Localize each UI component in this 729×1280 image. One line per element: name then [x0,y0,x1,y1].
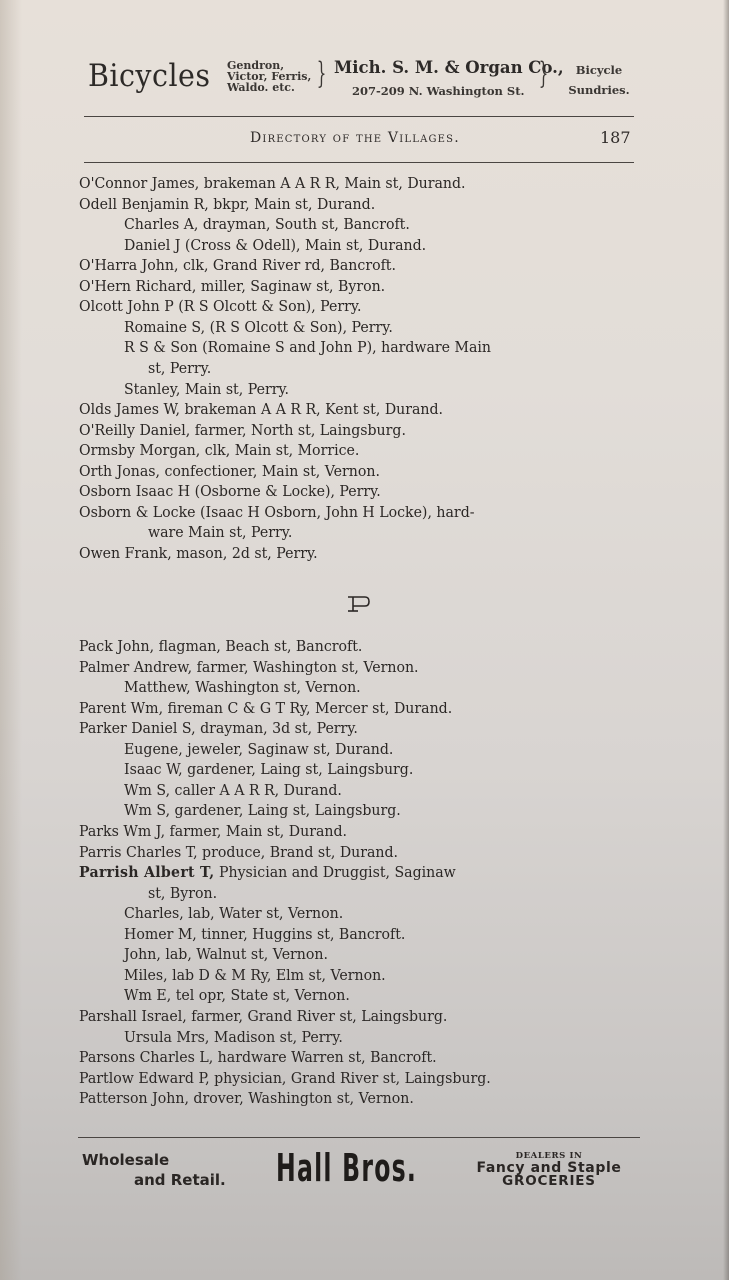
directory-entry: O'Harra John, clk, Grand River rd, Bancr… [79,256,396,274]
sub-entry: Wm S, gardener, Laing st, Laingsburg. [124,801,401,819]
entry-text: Wm S, caller A A R R, Durand. [124,781,342,799]
entry-text: Matthew, Washington st, Vernon. [124,678,361,696]
footer-rule [78,1137,640,1138]
entry-text: Ursula Mrs, Madison st, Perry. [124,1028,343,1046]
directory-entry: Olds James W, brakeman A A R R, Kent st,… [79,400,443,418]
entry-text: O'Connor James, brakeman A A R R, Main s… [79,174,466,192]
page-title: Directory of the Villages. [250,130,460,146]
ad-bicycle-makes: Gendron, Victor, Ferris, Waldo. etc. [227,60,311,93]
directory-entry: Osborn & Locke (Isaac H Osborn, John H L… [79,503,475,521]
directory-entry: O'Hern Richard, miller, Saginaw st, Byro… [79,277,385,295]
entry-text: Odell Benjamin R, bkpr, Main st, Durand. [79,195,375,213]
entry-text: Parks Wm J, farmer, Main st, Durand. [79,822,347,840]
ad-side-line: Sundries. [554,80,644,100]
entry-continuation: ware Main st, Perry. [148,523,292,541]
entry-text: Orth Jonas, confectioner, Main st, Verno… [79,462,380,480]
entry-text: Patterson John, drover, Washington st, V… [79,1089,414,1107]
directory-entry: Partlow Edward P, physician, Grand River… [79,1069,491,1087]
entry-text: Pack John, flagman, Beach st, Bancroft. [79,637,362,655]
entry-text: Parker Daniel S, drayman, 3d st, Perry. [79,719,358,737]
entry-text: Miles, lab D & M Ry, Elm st, Vernon. [124,966,386,984]
ad-wholesale-retail: Wholesale and Retail. [82,1150,226,1190]
directory-entry: Patterson John, drover, Washington st, V… [79,1089,414,1107]
brace-right-icon: } [539,59,549,89]
entry-text: Parshall Israel, farmer, Grand River st,… [79,1007,447,1025]
entry-text: Partlow Edward P, physician, Grand River… [79,1069,491,1087]
entry-text: st, Perry. [148,359,211,377]
sub-entry: Eugene, jeweler, Saginaw st, Durand. [124,740,393,758]
entry-text: Parris Charles T, produce, Brand st, Dur… [79,843,398,861]
sub-entry: Matthew, Washington st, Vernon. [124,678,361,696]
directory-entry: Pack John, flagman, Beach st, Bancroft. [79,637,362,655]
sub-entry: Daniel J (Cross & Odell), Main st, Duran… [124,236,426,254]
directory-entry: Osborn Isaac H (Osborne & Locke), Perry. [79,482,381,500]
ad-wholesale: Wholesale [82,1151,169,1169]
sub-entry: Romaine S, (R S Olcott & Son), Perry. [124,318,393,336]
ad-company-address: 207-209 N. Washington St. [352,84,525,98]
entry-text: John, lab, Walnut st, Vernon. [124,945,328,963]
sub-entry: John, lab, Walnut st, Vernon. [124,945,328,963]
directory-entry: Parks Wm J, farmer, Main st, Durand. [79,822,347,840]
footer-advertisement: Wholesale and Retail. Hall Bros. DEALERS… [80,1143,640,1203]
entry-text: ware Main st, Perry. [148,523,292,541]
entry-continuation: st, Perry. [148,359,211,377]
entry-text: R S & Son (Romaine S and John P), hardwa… [124,338,491,356]
entry-text: Homer M, tinner, Huggins st, Bancroft. [124,925,405,943]
entry-text: Olds James W, brakeman A A R R, Kent st,… [79,400,443,418]
directory-entry: Parrish Albert T, Physician and Druggist… [79,863,456,881]
sub-entry: Isaac W, gardener, Laing st, Laingsburg. [124,760,413,778]
entry-text: O'Harra John, clk, Grand River rd, Bancr… [79,256,396,274]
ad-make-line: Waldo. etc. [227,82,311,93]
ad-brand-bicycles: Bicycles [88,58,210,94]
directory-entry: Owen Frank, mason, 2d st, Perry. [79,544,318,562]
entry-text: Ormsby Morgan, clk, Main st, Morrice. [79,441,359,459]
entry-text: Eugene, jeweler, Saginaw st, Durand. [124,740,393,758]
entry-text: Parsons Charles L, hardware Warren st, B… [79,1048,437,1066]
directory-entry: Parsons Charles L, hardware Warren st, B… [79,1048,437,1066]
entry-text: Wm S, gardener, Laing st, Laingsburg. [124,801,401,819]
entry-text: st, Byron. [148,884,217,902]
page-edge-shadow [0,0,22,1280]
sub-entry: Miles, lab D & M Ry, Elm st, Vernon. [124,966,386,984]
header-advertisement: Bicycles Gendron, Victor, Ferris, Waldo.… [84,56,644,106]
directory-entry: O'Reilly Daniel, farmer, North st, Laing… [79,421,406,439]
entry-text: Parent Wm, fireman C & G T Ry, Mercer st… [79,699,452,717]
sub-entry: Homer M, tinner, Huggins st, Bancroft. [124,925,405,943]
entry-text: Palmer Andrew, farmer, Washington st, Ve… [79,658,419,676]
entry-text: Romaine S, (R S Olcott & Son), Perry. [124,318,393,336]
sub-entry: Wm E, tel opr, State st, Vernon. [124,986,350,1004]
section-letter-p-icon [345,594,367,614]
entry-continuation: st, Byron. [148,884,217,902]
sub-entry: Stanley, Main st, Perry. [124,380,289,398]
page-edge-right [723,0,729,1280]
directory-entry: Odell Benjamin R, bkpr, Main st, Durand. [79,195,375,213]
header-rule [84,116,634,117]
entry-text: Isaac W, gardener, Laing st, Laingsburg. [124,760,413,778]
directory-entry: Orth Jonas, confectioner, Main st, Verno… [79,462,380,480]
sub-entry: Charles A, drayman, South st, Bancroft. [124,215,410,233]
entry-text: Olcott John P (R S Olcott & Son), Perry. [79,297,362,315]
ad-hall-bros: Hall Bros. [276,1147,417,1189]
running-head-rule [84,162,634,163]
running-head: Directory of the Villages. 187 [0,128,729,150]
sub-entry: Charles, lab, Water st, Vernon. [124,904,343,922]
directory-entry: Parent Wm, fireman C & G T Ry, Mercer st… [79,699,452,717]
entry-text: O'Hern Richard, miller, Saginaw st, Byro… [79,277,385,295]
brace-left-icon: } [317,59,327,89]
directory-entry: Parshall Israel, farmer, Grand River st,… [79,1007,447,1025]
entry-text: Charles A, drayman, South st, Bancroft. [124,215,410,233]
ad-groceries: GROCERIES [456,1173,642,1189]
entry-text: Physician and Druggist, Saginaw [214,863,455,881]
entry-name-bold: Parrish Albert T, [79,863,214,881]
entry-text: Osborn Isaac H (Osborne & Locke), Perry. [79,482,381,500]
sub-entry: Ursula Mrs, Madison st, Perry. [124,1028,343,1046]
ad-sundries: Bicycle Sundries. [554,60,644,100]
directory-entry: Ormsby Morgan, clk, Main st, Morrice. [79,441,359,459]
entry-text: Charles, lab, Water st, Vernon. [124,904,343,922]
directory-entry: Palmer Andrew, farmer, Washington st, Ve… [79,658,419,676]
directory-entry: Olcott John P (R S Olcott & Son), Perry. [79,297,362,315]
ad-company-name: Mich. S. M. & Organ Co., [334,58,564,77]
entry-text: Daniel J (Cross & Odell), Main st, Duran… [124,236,426,254]
directory-entry: Parris Charles T, produce, Brand st, Dur… [79,843,398,861]
entry-text: Stanley, Main st, Perry. [124,380,289,398]
entry-text: Osborn & Locke (Isaac H Osborn, John H L… [79,503,475,521]
page-number: 187 [600,128,631,147]
entry-text: Owen Frank, mason, 2d st, Perry. [79,544,318,562]
sub-entry: R S & Son (Romaine S and John P), hardwa… [124,338,491,356]
directory-entry: O'Connor James, brakeman A A R R, Main s… [79,174,466,192]
directory-entry: Parker Daniel S, drayman, 3d st, Perry. [79,719,358,737]
ad-side-line: Bicycle [554,60,644,80]
ad-retail: and Retail. [82,1170,226,1190]
entry-text: O'Reilly Daniel, farmer, North st, Laing… [79,421,406,439]
entry-text: Wm E, tel opr, State st, Vernon. [124,986,350,1004]
sub-entry: Wm S, caller A A R R, Durand. [124,781,342,799]
